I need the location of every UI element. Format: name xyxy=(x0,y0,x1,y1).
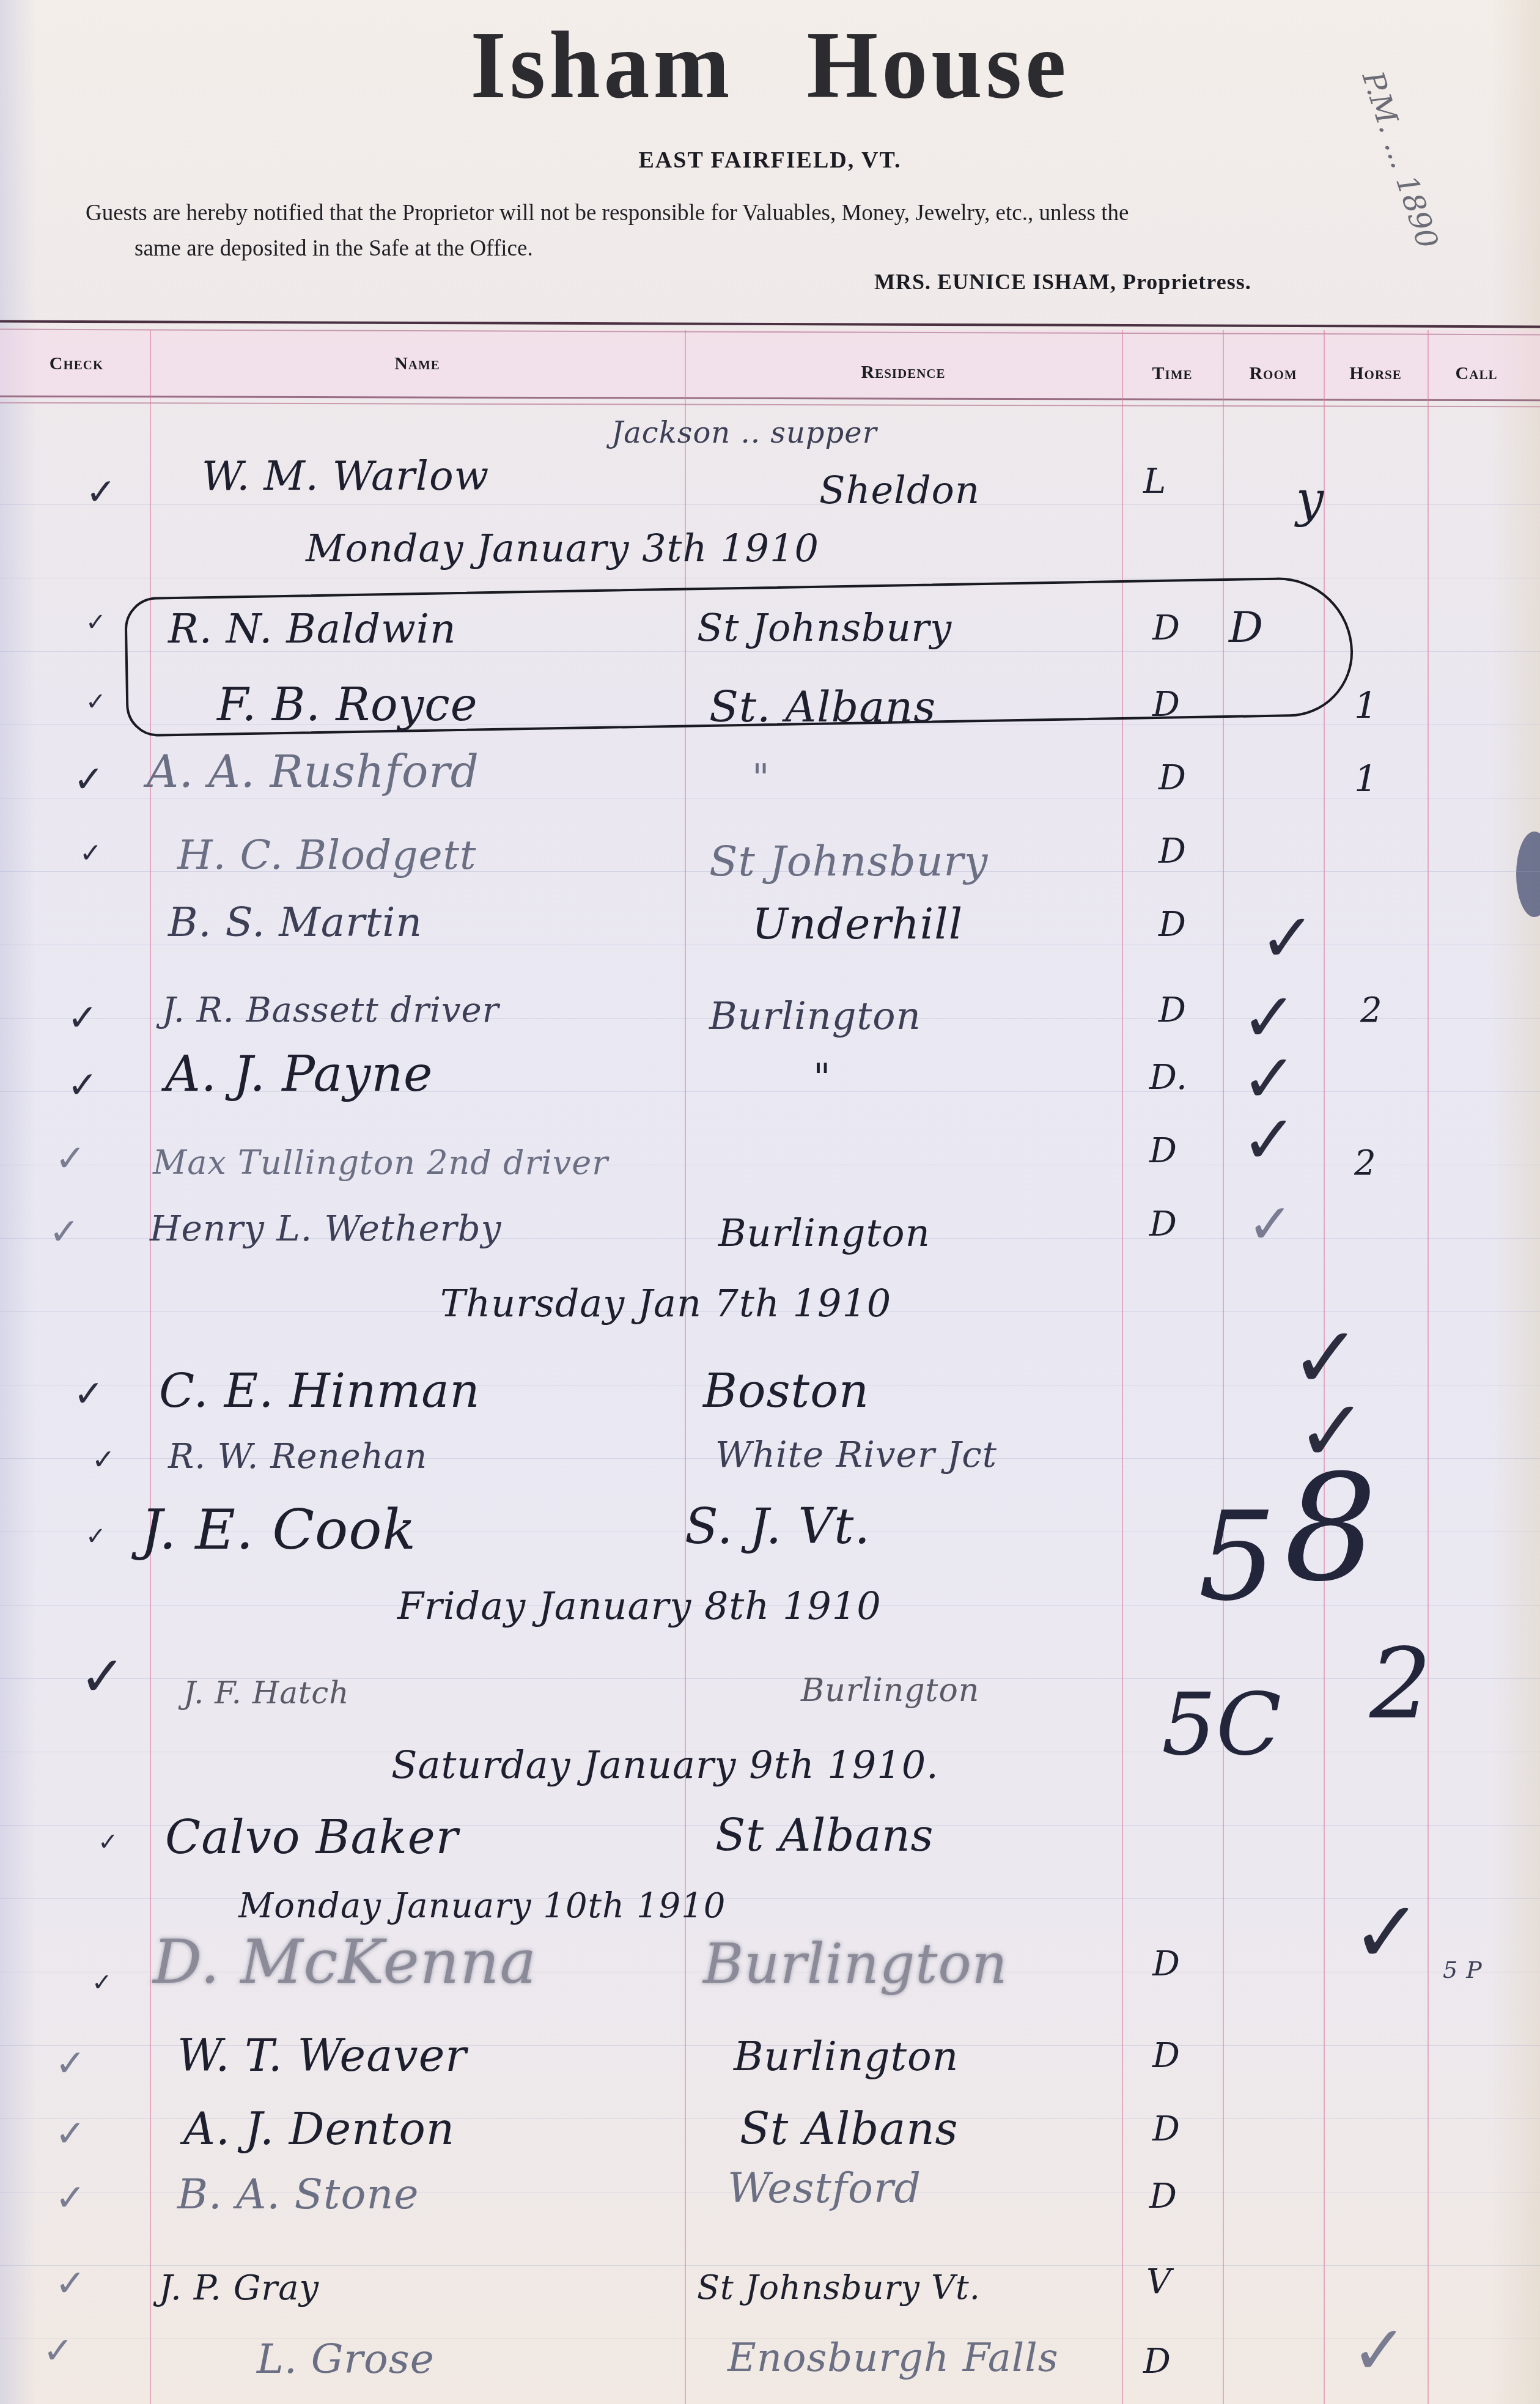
guest-residence: St Johnsbury xyxy=(709,838,988,886)
date-heading: Saturday January 9th 1910. xyxy=(391,1742,939,1787)
room-check: ✓ xyxy=(1247,1192,1293,1256)
horse-mark: 2 xyxy=(1354,1143,1377,1183)
guest-name: D. McKenna xyxy=(153,1926,537,1997)
time-mark: D xyxy=(1152,685,1181,725)
guest-name: A. A. Rushford xyxy=(147,746,479,797)
guest-name: C. E. Hinman xyxy=(159,1363,480,1418)
column-header-horse: Horse xyxy=(1324,363,1428,384)
horse-number: 2 xyxy=(1369,1626,1432,1741)
guest-residence: Burlington xyxy=(801,1672,979,1709)
date-heading: Monday January 3th 1910 xyxy=(306,526,819,570)
title-word-house: House xyxy=(807,12,1070,118)
check-mark: ✓ xyxy=(55,2042,86,2085)
time-mark: D xyxy=(1152,1944,1181,1984)
guest-name: Calvo Baker xyxy=(165,1810,459,1864)
check-mark: ✓ xyxy=(79,1645,125,1709)
guest-residence: S. J. Vt. xyxy=(685,1498,871,1555)
check-mark: ✓ xyxy=(92,1443,116,1476)
guest-name: J. E. Cook xyxy=(141,1498,416,1562)
guest-name: W. T. Weaver xyxy=(177,2030,467,2081)
time-mark: D xyxy=(1143,2342,1171,2381)
time-mark: D xyxy=(1149,2177,1177,2216)
column-header-time: Time xyxy=(1122,363,1223,384)
guest-residence: Underhill xyxy=(752,899,963,949)
guest-name: J. P. Gray xyxy=(159,2268,319,2308)
time-mark: D. xyxy=(1149,1058,1188,1097)
horse-check: ✓ xyxy=(1351,1883,1423,1983)
time-mark: D xyxy=(1149,1131,1177,1171)
horse-mark: 1 xyxy=(1354,685,1378,728)
guest-residence: Burlington xyxy=(703,1932,1008,1996)
horse-number: 8 xyxy=(1284,1443,1377,1614)
horse-mark: 1 xyxy=(1354,758,1378,801)
guest-residence: " xyxy=(752,755,770,800)
time-mark: D xyxy=(1152,2109,1181,2149)
check-mark: ✓ xyxy=(55,2177,86,2219)
time-mark: D xyxy=(1159,905,1187,945)
room-check: ✓ xyxy=(1259,899,1316,977)
check-mark: ✓ xyxy=(73,1373,104,1415)
guest-residence: Burlington xyxy=(709,994,921,1038)
guest-name: A. J. Denton xyxy=(183,2103,455,2155)
guest-name: R. W. Renehan xyxy=(168,1437,427,1477)
guest-name: H. C. Blodgett xyxy=(177,831,477,879)
guest-residence: Boston xyxy=(703,1363,869,1418)
date-heading: Monday January 10th 1910 xyxy=(238,1886,726,1926)
liability-notice: Guests are hereby notified that the Prop… xyxy=(86,196,1431,267)
hotel-location: EAST FAIRFIELD, VT. xyxy=(0,147,1540,174)
check-mark: ✓ xyxy=(67,1064,98,1107)
guest-name: J. F. Hatch xyxy=(183,1675,349,1711)
check-mark: ✓ xyxy=(67,997,98,1039)
check-mark: ✓ xyxy=(86,688,106,716)
column-divider xyxy=(1428,330,1429,2404)
column-header-name: Name xyxy=(150,353,685,374)
guest-residence: St Johnsbury xyxy=(697,605,952,650)
guest-residence: Burlington xyxy=(734,2033,959,2080)
horse-mark: y xyxy=(1296,471,1324,528)
guest-residence: Sheldon xyxy=(819,468,980,512)
guest-residence: Westford xyxy=(728,2164,921,2213)
register-title: IshamHouse xyxy=(0,10,1540,120)
guest-residence: Burlington xyxy=(718,1211,930,1255)
check-mark: ✓ xyxy=(55,2112,86,2155)
guest-name: Henry L. Wetherby xyxy=(150,1208,501,1249)
room-number: 5C xyxy=(1162,1675,1281,1775)
proprietress-signature: MRS. EUNICE ISHAM, Proprietress. xyxy=(874,269,1251,295)
check-mark: ✓ xyxy=(49,1211,79,1253)
guest-name: B. A. Stone xyxy=(177,2170,419,2219)
time-mark: D xyxy=(1159,990,1187,1030)
time-mark: V xyxy=(1146,2262,1171,2302)
check-mark: ✓ xyxy=(86,471,116,514)
column-header-check: Check xyxy=(12,353,141,374)
time-mark: D xyxy=(1159,831,1187,871)
call-mark: 5 P xyxy=(1443,1956,1483,1983)
check-mark: ✓ xyxy=(86,1522,106,1550)
room-number: 5 xyxy=(1198,1486,1276,1628)
check-mark: ✓ xyxy=(98,1828,119,1856)
guest-residence: " xyxy=(813,1055,831,1099)
guest-name: W. M. Warlow xyxy=(202,452,489,500)
date-heading: Thursday Jan 7th 1910 xyxy=(440,1281,891,1326)
guest-residence: White River Jct xyxy=(715,1434,997,1475)
check-mark: ✓ xyxy=(43,2329,73,2372)
guest-name: Max Tullington 2nd driver xyxy=(153,1143,608,1182)
guest-name: R. N. Baldwin xyxy=(168,605,456,652)
column-header-room: Room xyxy=(1223,363,1324,384)
room-check: ✓ xyxy=(1241,1101,1297,1179)
guest-name: L. Grose xyxy=(257,2336,435,2383)
title-word-isham: Isham xyxy=(470,12,733,118)
guest-name: A. J. Payne xyxy=(165,1045,433,1102)
check-mark: ✓ xyxy=(55,1137,86,1180)
time-mark: D xyxy=(1149,1204,1177,1244)
check-mark: ✓ xyxy=(92,1969,112,1997)
guest-name: B. S. Martin xyxy=(168,899,422,946)
horse-check: ✓ xyxy=(1351,2311,1407,2389)
check-mark: ✓ xyxy=(55,2262,86,2305)
check-mark: ✓ xyxy=(86,608,106,636)
guest-name: F. B. Royce xyxy=(217,679,478,731)
time-mark: L xyxy=(1143,462,1166,501)
check-mark: ✓ xyxy=(79,838,102,869)
notice-line-1: Guests are hereby notified that the Prop… xyxy=(86,201,1129,226)
guest-name: J. R. Bassett driver xyxy=(162,990,499,1030)
time-mark: D xyxy=(1152,2036,1181,2076)
notice-line-2: same are deposited in the Safe at the Of… xyxy=(86,231,1431,267)
room-mark: D xyxy=(1229,602,1264,652)
time-mark: D xyxy=(1152,608,1181,648)
guest-residence: St Johnsbury Vt. xyxy=(697,2268,981,2307)
column-header-call: Call xyxy=(1428,363,1525,384)
time-mark: D xyxy=(1159,758,1187,798)
guest-residence: St. Albans xyxy=(709,682,936,732)
guest-residence: Enosburgh Falls xyxy=(728,2336,1059,2381)
horse-mark: 2 xyxy=(1360,990,1383,1030)
guest-residence: St Albans xyxy=(715,1810,934,1861)
guest-residence: St Albans xyxy=(740,2103,959,2155)
date-heading: Friday January 8th 1910 xyxy=(397,1584,882,1628)
entry-note: Jackson .. supper xyxy=(611,416,877,450)
column-header-residence: Residence xyxy=(685,362,1122,383)
check-mark: ✓ xyxy=(73,758,104,801)
